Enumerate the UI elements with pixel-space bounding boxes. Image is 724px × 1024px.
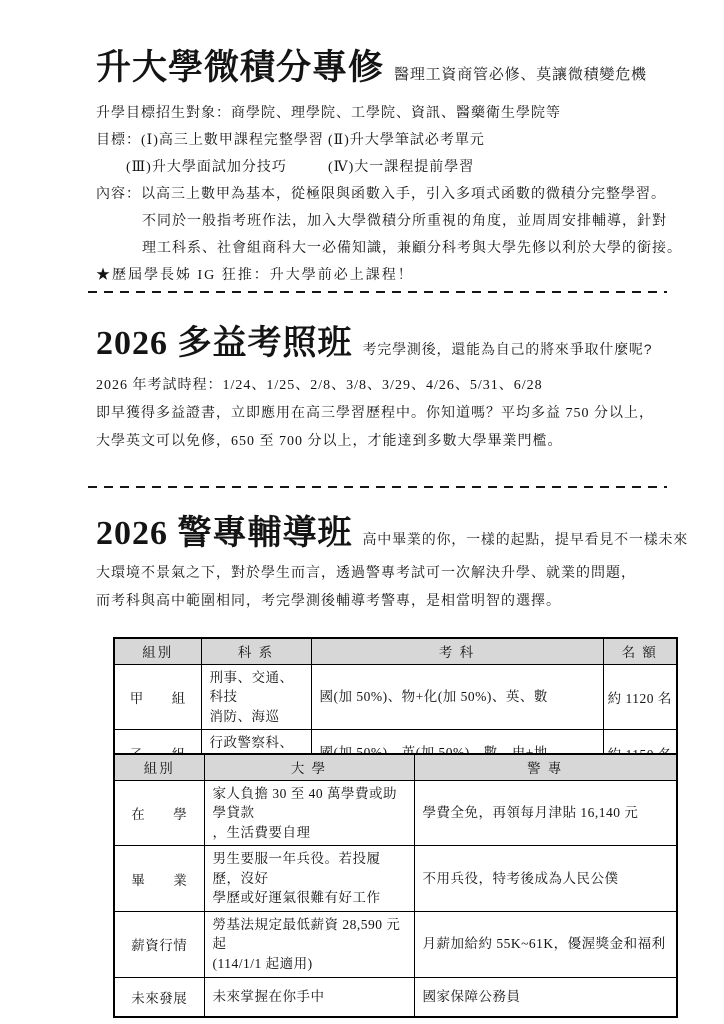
table-row: 畢 業 男生要服一年兵役。若投履歷，沒好 學歷或好運氣很難有好工作 不用兵役，特… xyxy=(114,846,677,912)
exam-th-departments: 科 系 xyxy=(201,638,311,664)
calculus-goal-1: 目標：(Ⅰ)高三上數甲課程完整學習 xyxy=(96,133,324,148)
exam-group-a-subjects: 國(加 50%)、物+化(加 50%)、英、數 xyxy=(311,664,603,730)
compare-future-label: 未來發展 xyxy=(114,977,204,1017)
flyer-page: 升大學微積分專修 醫理工資商管必修、莫讓微積變危機 升學目標招生對象：商學院、理… xyxy=(0,0,724,1024)
toeic-schedule-line: 2026 年考試時程：1/24、1/25、2/8、3/8、3/29、4/26、5… xyxy=(96,372,654,400)
compare-enrolled-police: 學費全免，再領每月津貼 16,140 元 xyxy=(414,780,677,846)
dashed-divider-2 xyxy=(88,486,667,488)
compare-th-aspect: 組別 xyxy=(114,754,204,780)
compare-table-header-row: 組別 大 學 警 專 xyxy=(114,754,677,780)
compare-graduate-police: 不用兵役，特考後成為人民公僕 xyxy=(414,846,677,912)
toeic-body: 2026 年考試時程：1/24、1/25、2/8、3/8、3/29、4/26、5… xyxy=(96,372,654,456)
calculus-subtitle: 醫理工資商管必修、莫讓微積變危機 xyxy=(394,63,647,84)
calculus-content-line2: 不同於一般指考班作法，加入大學微積分所重視的角度，並周周安排輔導，針對 xyxy=(96,208,682,235)
dashed-divider-1 xyxy=(88,291,667,293)
calculus-goal-row2: (Ⅲ)升大學面試加分技巧 (Ⅳ)大一課程提前學習 xyxy=(96,154,682,181)
exam-th-subjects: 考 科 xyxy=(311,638,603,664)
calculus-body: 升學目標招生對象：商學院、理學院、工學院、資訊、醫藥衛生學院等 目標：(Ⅰ)高三… xyxy=(96,100,682,289)
compare-graduate-label: 畢 業 xyxy=(114,846,204,912)
university-vs-police-table: 組別 大 學 警 專 在 學 家人負擔 30 至 40 萬學費或助學貸款 ，生活… xyxy=(113,753,678,1018)
toeic-title: 2026 多益考照班 xyxy=(96,322,353,366)
exam-group-a-label: 甲 組 xyxy=(114,664,201,730)
compare-th-police: 警 專 xyxy=(414,754,677,780)
compare-future-police: 國家保障公務員 xyxy=(414,977,677,1017)
calculus-title-row: 升大學微積分專修 醫理工資商管必修、莫讓微積變危機 xyxy=(96,46,647,90)
table-row: 未來發展 未來掌握在你手中 國家保障公務員 xyxy=(114,977,677,1017)
police-intro-line2: 而考科與高中範圍相同，考完學測後輔導考警專，是相當明智的選擇。 xyxy=(96,588,636,616)
police-intro-line1: 大環境不景氣之下，對於學生而言，透過警專考試可一次解決升學、就業的問題， xyxy=(96,560,636,588)
calculus-goal-3: (Ⅲ)升大學面試加分技巧 xyxy=(96,160,287,175)
compare-enrolled-university: 家人負擔 30 至 40 萬學費或助學貸款 ，生活費要自理 xyxy=(204,780,414,846)
calculus-content-line1: 內容：以高三上數甲為基本，從極限與函數入手，引入多項式函數的微積分完整學習。 xyxy=(96,181,682,208)
compare-salary-university: 勞基法規定最低薪資 28,590 元起 (114/1/1 起適用) xyxy=(204,911,414,977)
compare-salary-label: 薪資行情 xyxy=(114,911,204,977)
exam-group-a-departments: 刑事、交通、科技 消防、海巡 xyxy=(201,664,311,730)
calculus-highlight-line: ★歷屆學長姊 IG 狂推：升大學前必上課程！ xyxy=(96,262,682,289)
table-row: 甲 組 刑事、交通、科技 消防、海巡 國(加 50%)、物+化(加 50%)、英… xyxy=(114,664,677,730)
table-row: 在 學 家人負擔 30 至 40 萬學費或助學貸款 ，生活費要自理 學費全免，再… xyxy=(114,780,677,846)
table-row: 薪資行情 勞基法規定最低薪資 28,590 元起 (114/1/1 起適用) 月… xyxy=(114,911,677,977)
police-body: 大環境不景氣之下，對於學生而言，透過警專考試可一次解決升學、就業的問題， 而考科… xyxy=(96,560,636,616)
calculus-goal-4: (Ⅳ)大一課程提前學習 xyxy=(328,154,474,181)
toeic-benefit-line1: 即早獲得多益證書，立即應用在高三學習歷程中。你知道嗎？平均多益 750 分以上， xyxy=(96,400,654,428)
police-subtitle: 高中畢業的你，一樣的起點，提早看見不一樣未來 xyxy=(363,529,689,549)
calculus-audience-line: 升學目標招生對象：商學院、理學院、工學院、資訊、醫藥衛生學院等 xyxy=(96,100,682,127)
police-title-row: 2026 警專輔導班 高中畢業的你，一樣的起點，提早看見不一樣未來 xyxy=(96,512,688,556)
compare-graduate-university: 男生要服一年兵役。若投履歷，沒好 學歷或好運氣很難有好工作 xyxy=(204,846,414,912)
toeic-subtitle: 考完學測後，還能為自己的將來爭取什麼呢? xyxy=(363,339,653,359)
compare-salary-police: 月薪加給約 55K~61K，優渥獎金和福利 xyxy=(414,911,677,977)
exam-table-header-row: 組別 科 系 考 科 名 額 xyxy=(114,638,677,664)
compare-enrolled-label: 在 學 xyxy=(114,780,204,846)
calculus-goal-row1: 目標：(Ⅰ)高三上數甲課程完整學習 (Ⅱ)升大學筆試必考單元 xyxy=(96,127,682,154)
police-title: 2026 警專輔導班 xyxy=(96,512,353,556)
exam-group-a-quota: 約 1120 名 xyxy=(603,664,677,730)
toeic-title-row: 2026 多益考照班 考完學測後，還能為自己的將來爭取什麼呢? xyxy=(96,322,652,366)
exam-th-group: 組別 xyxy=(114,638,201,664)
calculus-content-line3: 理工科系、社會組商科大一必備知識，兼顧分科考與大學先修以利於大學的銜接。 xyxy=(96,235,682,262)
exam-th-quota: 名 額 xyxy=(603,638,677,664)
toeic-benefit-line2: 大學英文可以免修，650 至 700 分以上，才能達到多數大學畢業門檻。 xyxy=(96,428,654,456)
calculus-title: 升大學微積分專修 xyxy=(96,46,384,90)
compare-th-university: 大 學 xyxy=(204,754,414,780)
calculus-goal-2: (Ⅱ)升大學筆試必考單元 xyxy=(328,127,485,154)
compare-future-university: 未來掌握在你手中 xyxy=(204,977,414,1017)
